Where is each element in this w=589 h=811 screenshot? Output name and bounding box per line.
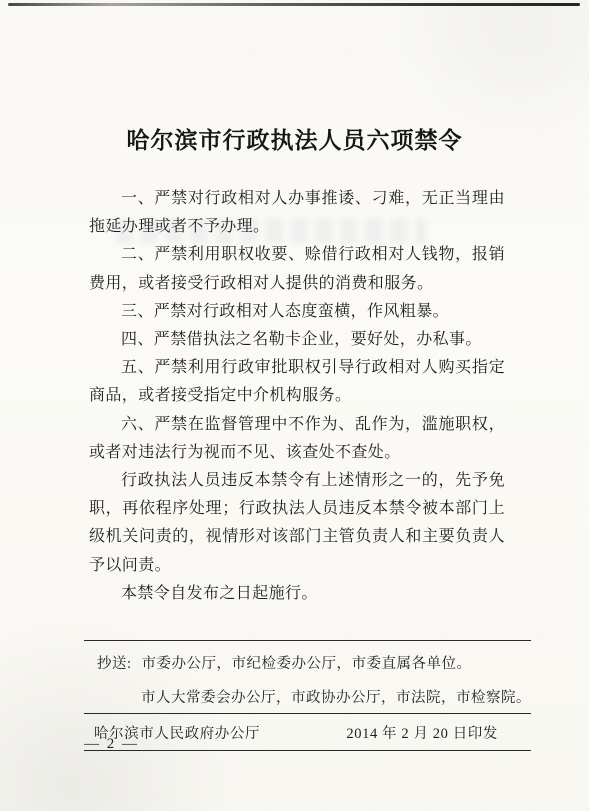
- paragraph-prohibition-2: 二、严禁利用职权收要、赊借行政相对人钱物，报销费用，或者接受行政相对人提供的消费…: [89, 241, 505, 297]
- document-body: 一、严禁对行政相对人办事推诿、刁难，无正当理由拖延办理或者不予办理。 二、严禁利…: [89, 185, 505, 608]
- paragraph-accountability: 行政执法人员违反本禁令有上述情形之一的，先予免职，再依程序处理；行政执法人员违反…: [89, 467, 505, 580]
- page-number: — 2 —: [84, 736, 139, 753]
- document-footer: 抄送:市委办公厅，市纪检委办公厅，市委直属各单位。 市人大常委会办公厅，市政协办…: [84, 640, 531, 751]
- cc-recipients-line2: 市人大常委会办公厅，市政协办公厅，市法院，市检察院。: [84, 686, 531, 707]
- paragraph-effective-date: 本禁令自发布之日起施行。: [89, 580, 505, 608]
- document-title: 哈尔滨市行政执法人员六项禁令: [0, 122, 589, 155]
- cc-line-1: 抄送:市委办公厅，市纪检委办公厅，市委直属各单位。: [84, 652, 531, 673]
- scan-edge-artifact: [8, 3, 580, 6]
- paragraph-prohibition-5: 五、严禁利用行政审批职权引导行政相对人购买指定商品，或者接受指定中介机构服务。: [89, 354, 505, 410]
- paragraph-prohibition-3: 三、严禁对行政相对人态度蛮横，作风粗暴。: [89, 298, 505, 326]
- paragraph-prohibition-1: 一、严禁对行政相对人办事推诿、刁难，无正当理由拖延办理或者不予办理。: [89, 185, 505, 241]
- cc-recipients-line1: 市委办公厅，市纪检委办公厅，市委直属各单位。: [142, 656, 472, 672]
- paragraph-prohibition-6: 六、严禁在监督管理中不作为、乱作为，滥施职权，或者对违法行为视而不见、该查处不查…: [89, 411, 505, 467]
- footer-divider-top: [84, 640, 531, 641]
- cc-label: 抄送:: [97, 656, 132, 672]
- paragraph-prohibition-4: 四、严禁借执法之名勒卡企业，要好处，办私事。: [89, 326, 505, 354]
- issuer-row: 哈尔滨市人民政府办公厅 2014 年 2 月 20 日印发: [84, 714, 531, 750]
- print-date: 2014 年 2 月 20 日印发: [346, 722, 498, 743]
- footer-divider-bottom: [84, 750, 531, 751]
